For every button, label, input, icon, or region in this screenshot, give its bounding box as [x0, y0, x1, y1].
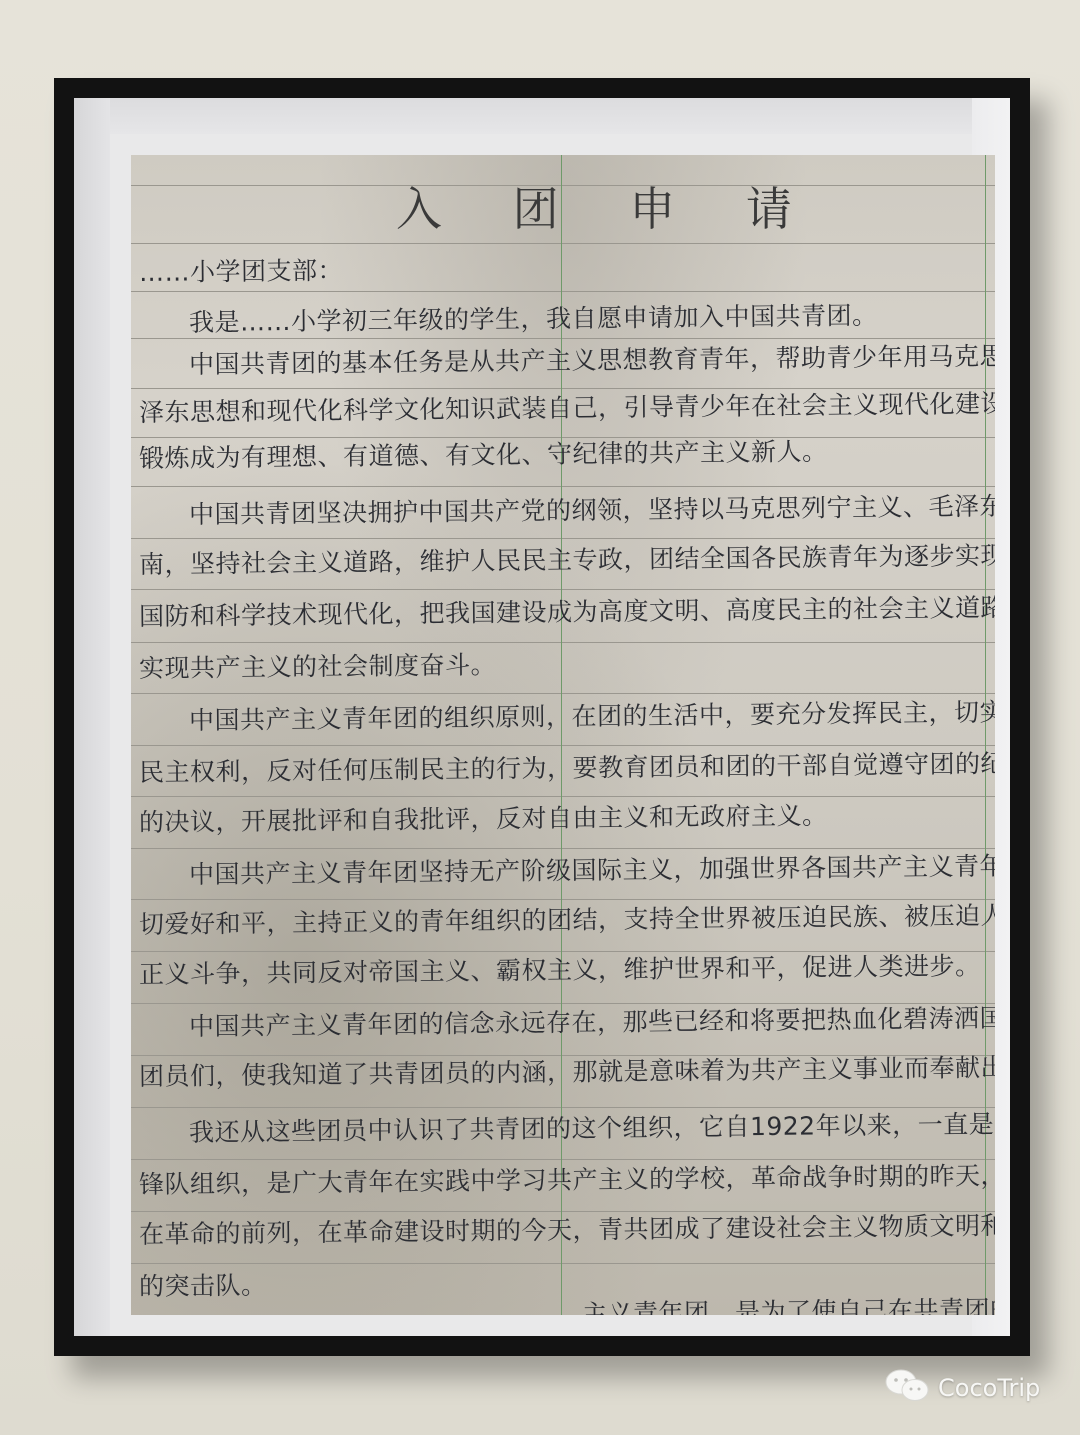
paper-rule [131, 243, 995, 244]
text-line: 实现共产主义的社会制度奋斗。 [139, 645, 496, 685]
wechat-icon [884, 1368, 932, 1408]
text-line: ……主义青年团，是为了使自己在共青团的这所共产主义学校 [531, 1288, 995, 1315]
text-line: 我是……小学初三年级的学生，我自愿申请加入中国共青团。 [189, 296, 878, 339]
text-line: 的突击队。 [139, 1266, 267, 1303]
text-line: 切爱好和平，主持正义的青年组织的团结，支持全世界被压迫民族、被压迫人民和青年的 [139, 895, 995, 941]
text-line: 国防和科学技术现代化，把我国建设成为高度文明、高度民主的社会主义道路，为最终 [139, 587, 995, 633]
picture-frame: 入 团 申 请 ……小学团支部： 我是……小学初三年级的学生，我自愿申请加入中国… [54, 78, 1030, 1356]
paper-rule [131, 486, 995, 487]
text-line: 民主权利，反对任何压制民主的行为，要教育团员和团的干部自觉遵守团的纪律，执行团 [139, 743, 995, 789]
text-line: 中国共产主义青年团的信念永远存在，那些已经和将要把热血化碧涛洒国疆的 [189, 998, 995, 1043]
handwritten-letter: 入 团 申 请 ……小学团支部： 我是……小学初三年级的学生，我自愿申请加入中国… [131, 155, 995, 1315]
text-line: 中国共产主义青年团的组织原则，在团的生活中，要充分发挥民主，切实保障团员的 [189, 691, 995, 737]
text-line: 在革命的前列，在革命建设时期的今天，青共团成了建设社会主义物质文明和精神 [139, 1205, 995, 1251]
text-line: 正义斗争，共同反对帝国主义、霸权主义，维护世界和平，促进人类进步。 [139, 946, 981, 991]
mat-bevel-left [74, 98, 110, 1336]
text-line: 锋队组织，是广大青年在实践中学习共产主义的学校，革命战争时期的昨天，共青团始终 [139, 1155, 995, 1201]
paper-rule [131, 291, 995, 292]
watermark-text: CocoTrip [938, 1374, 1040, 1402]
letter-title: 入 团 申 请 [396, 173, 820, 239]
paper-rule [131, 642, 995, 643]
text-line: 中国共产主义青年团坚持无产阶级国际主义，加强世界各国共产主义青年组织以及一 [189, 845, 995, 891]
watermark: CocoTrip [884, 1368, 1040, 1408]
text-line: 南，坚持社会主义道路，维护人民民主专政，团结全国各民族青年为逐步实现农业、工业、 [139, 534, 995, 581]
right-margin-line [985, 155, 986, 1315]
text-line: 中国共青团坚决拥护中国共产党的纲领，坚持以马克思列宁主义、毛泽东思想为指 [189, 485, 995, 531]
salutation: ……小学团支部： [139, 251, 343, 289]
text-line: 团员们，使我知道了共青团员的内涵，那就是意味着为共产主义事业而奉献出青春。 [139, 1047, 995, 1093]
text-line: 我还从这些团员中认识了共青团的这个组织，它自1922年以来，一直是中国青年的先 [189, 1103, 995, 1149]
paper-rule [131, 796, 995, 797]
paper-rule [131, 1263, 995, 1264]
text-line: 中国共青团的基本任务是从共产主义思想教育青年，帮助青少年用马克思、列宁主义、毛 [189, 335, 995, 381]
mat-bevel-top [74, 98, 1010, 134]
text-line: 泽东思想和现代化科学文化知识武装自己，引导青少年在社会主义现代化建设的实践中， [139, 383, 995, 429]
frame-mat: 入 团 申 请 ……小学团支部： 我是……小学初三年级的学生，我自愿申请加入中国… [74, 98, 1010, 1336]
text-line: 的决议，开展批评和自我批评，反对自由主义和无政府主义。 [139, 796, 828, 839]
text-line: 锻炼成为有理想、有道德、有文化、守纪律的共产主义新人。 [139, 432, 828, 475]
